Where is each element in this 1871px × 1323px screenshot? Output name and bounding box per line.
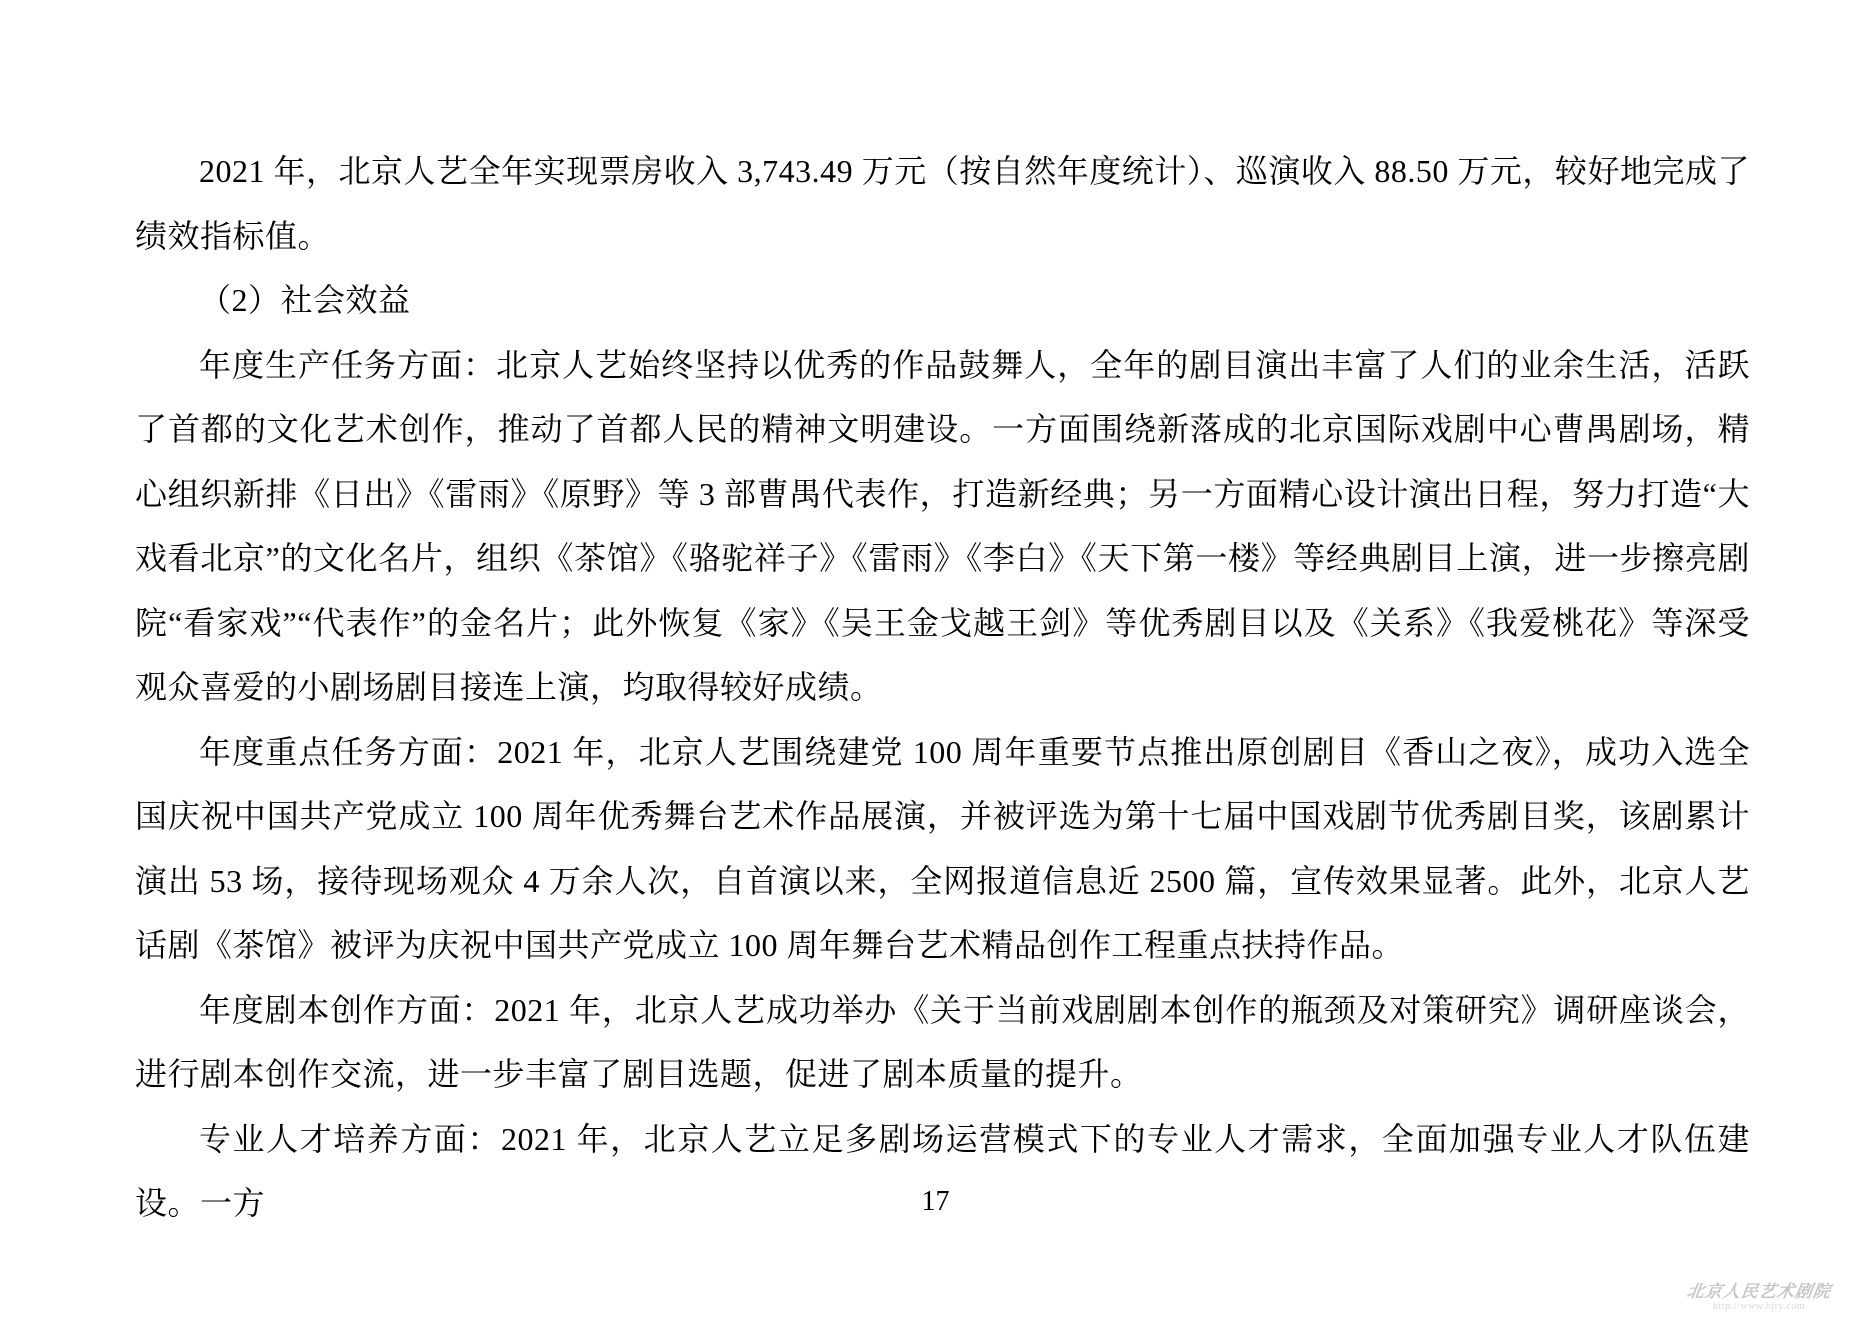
heading-social-benefit: （2）社会效益 (135, 268, 1750, 333)
paragraph-box-office-revenue: 2021 年，北京人艺全年实现票房收入 3,743.49 万元（按自然年度统计）… (135, 139, 1750, 268)
paragraph-annual-production-tasks: 年度生产任务方面：北京人艺始终坚持以优秀的作品鼓舞人，全年的剧目演出丰富了人们的… (135, 333, 1750, 720)
watermark-url: http://www.bjry.com (1659, 1301, 1859, 1313)
paragraph-annual-script-creation: 年度剧本创作方面：2021 年，北京人艺成功举办《关于当前戏剧剧本创作的瓶颈及对… (135, 978, 1750, 1107)
watermark-theatre-name: 北京人民艺术剧院 (1658, 1282, 1861, 1301)
document-page: 2021 年，北京人艺全年实现票房收入 3,743.49 万元（按自然年度统计）… (0, 0, 1871, 1323)
watermark: 北京人民艺术剧院 http://www.bjry.com (1659, 1282, 1859, 1313)
document-body: 2021 年，北京人艺全年实现票房收入 3,743.49 万元（按自然年度统计）… (135, 139, 1750, 1236)
page-number: 17 (0, 1188, 1871, 1216)
paragraph-annual-key-tasks: 年度重点任务方面：2021 年，北京人艺围绕建党 100 周年重要节点推出原创剧… (135, 720, 1750, 978)
